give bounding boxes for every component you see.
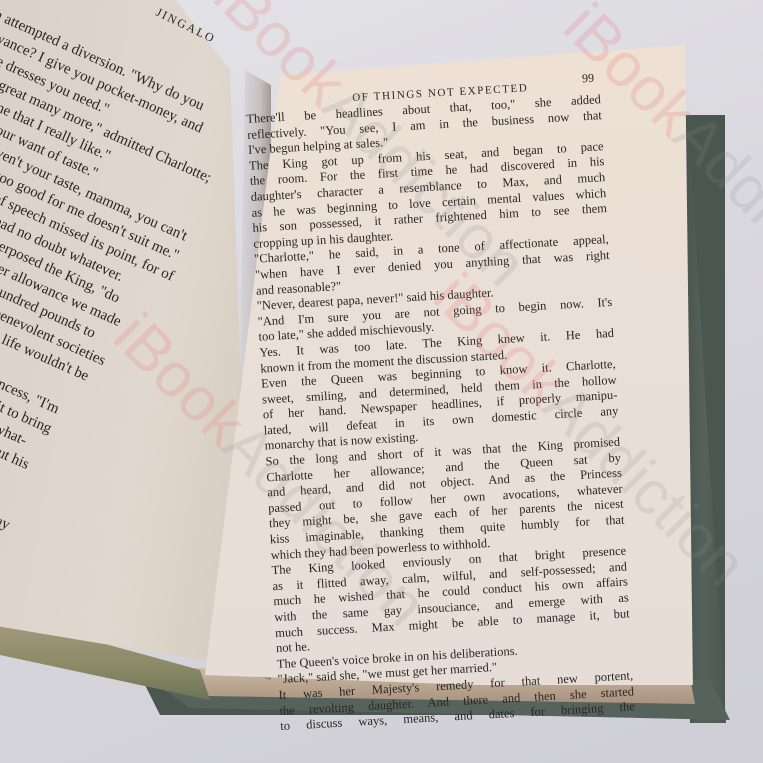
book-photo: JINGALO Queen attempted a diversion. "Wh… xyxy=(0,0,763,763)
right-page-text: There'll be headlines about that, too," … xyxy=(246,92,640,735)
page-number: 99 xyxy=(582,71,595,87)
